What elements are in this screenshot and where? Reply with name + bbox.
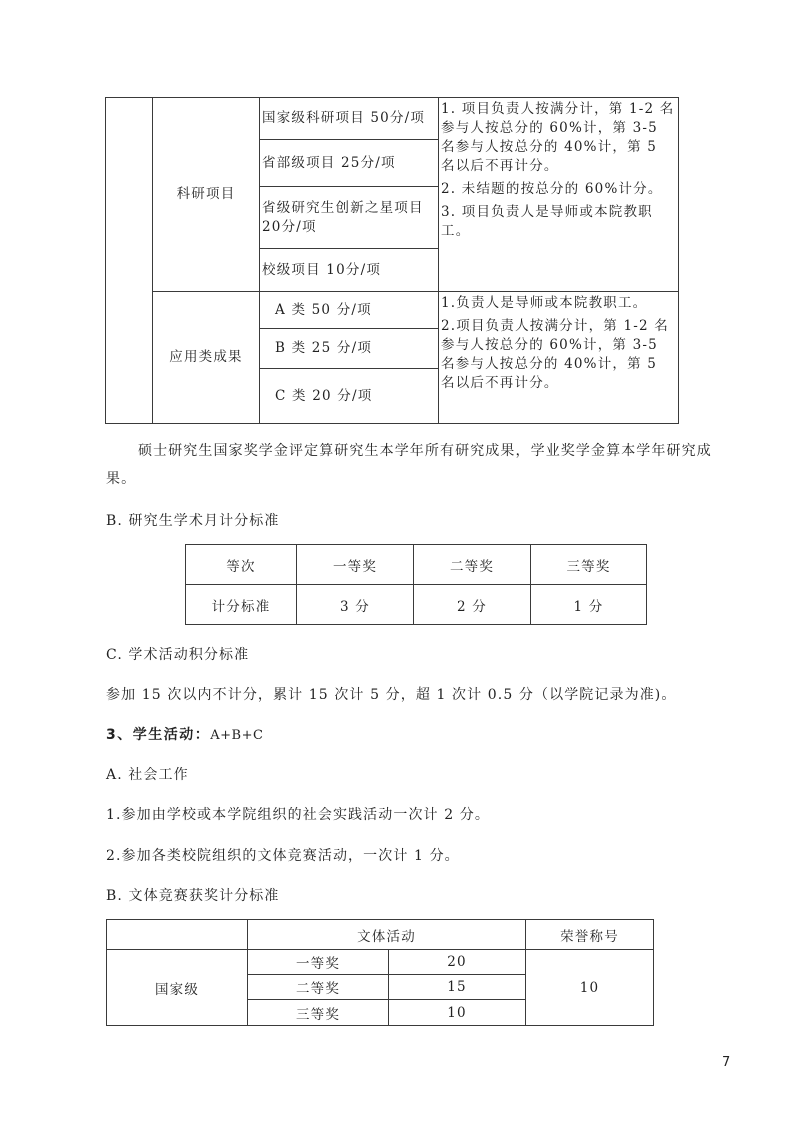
prize-score: 15 [389,975,526,1000]
research-score-table: 科研项目 国家级科研项目 50分/项 1. 项目负责人按满分计，第 1-2 名参… [105,97,679,424]
honor-score: 10 [526,950,654,1026]
header-cell: 二等奖 [414,545,531,585]
score-cell: 2 分 [414,585,531,625]
header-cell: 三等奖 [531,545,647,585]
level-cell: 国家级 [107,950,248,1026]
research-item: 省部级项目 25分/项 [260,140,439,187]
note-item: 1. 项目负责人按满分计，第 1-2 名参与人按总分的 60%计，第 3-5 名… [441,100,676,176]
section-3b-title: B. 文体竞赛获奖计分标准 [106,882,726,910]
page-number: 7 [722,1055,730,1070]
category-applied-results: 应用类成果 [153,292,260,424]
prize-name: 三等奖 [248,1000,389,1026]
section-3a-item: 1.参加由学校或本学院组织的社会实践活动一次计 2 分。 [106,801,726,829]
research-item: 校级项目 10分/项 [260,249,439,292]
scope-paragraph: 硕士研究生国家奖学金评定算研究生本学年所有研究成果，学业奖学金算本学年研究成果。 [106,437,726,493]
table-blank-cell [106,98,153,424]
academic-month-table: 等次 一等奖 二等奖 三等奖 计分标准 3 分 2 分 1 分 [185,544,647,625]
header-cell: 荣誉称号 [526,920,654,950]
research-notes: 1. 项目负责人按满分计，第 1-2 名参与人按总分的 60%计，第 3-5 名… [439,98,679,292]
prize-name: 一等奖 [248,950,389,975]
section-b-title: B. 研究生学术月计分标准 [106,507,726,535]
prize-score: 10 [389,1000,526,1026]
header-cell: 等次 [186,545,297,585]
note-item: 3. 项目负责人是导师或本院教职工。 [441,203,676,241]
section-3a-item: 2.参加各类校院组织的文体竞赛活动，一次计 1 分。 [106,842,726,870]
applied-notes: 1.负责人是导师或本院教职工。 2.项目负责人按满分计，第 1-2 名参与人按总… [439,292,679,424]
section-3-heading: 3、学生活动：A+B+C [106,721,726,750]
section-c-text: 参加 15 次以内不计分，累计 15 次计 5 分，超 1 次计 0.5 分（以… [106,681,726,709]
header-cell [107,920,248,950]
section-3-formula: A+B+C [210,728,263,743]
prize-name: 二等奖 [248,975,389,1000]
applied-item: B 类 25 分/项 [260,329,439,369]
score-cell: 1 分 [531,585,647,625]
applied-item: A 类 50 分/项 [260,292,439,329]
prize-score: 20 [389,950,526,975]
note-item: 1.负责人是导师或本院教职工。 [441,294,676,313]
research-item: 国家级科研项目 50分/项 [260,98,439,140]
section-3a-title: A. 社会工作 [106,761,726,789]
row-label: 计分标准 [186,585,297,625]
header-cell: 文体活动 [248,920,526,950]
applied-item: C 类 20 分/项 [260,369,439,424]
header-cell: 一等奖 [297,545,414,585]
research-item: 省级研究生创新之星项目20分/项 [260,187,439,249]
note-item: 2.项目负责人按满分计，第 1-2 名参与人按总分的 60%计，第 3-5 名参… [441,317,676,393]
section-c-title: C. 学术活动积分标准 [106,641,726,669]
note-item: 2. 未结题的按总分的 60%计分。 [441,180,676,199]
sports-award-table: 文体活动 荣誉称号 国家级 一等奖 20 10 二等奖 15 三等奖 10 [106,919,654,1026]
score-cell: 3 分 [297,585,414,625]
section-3-title: 3、学生活动： [106,727,210,743]
category-research-projects: 科研项目 [153,98,260,292]
